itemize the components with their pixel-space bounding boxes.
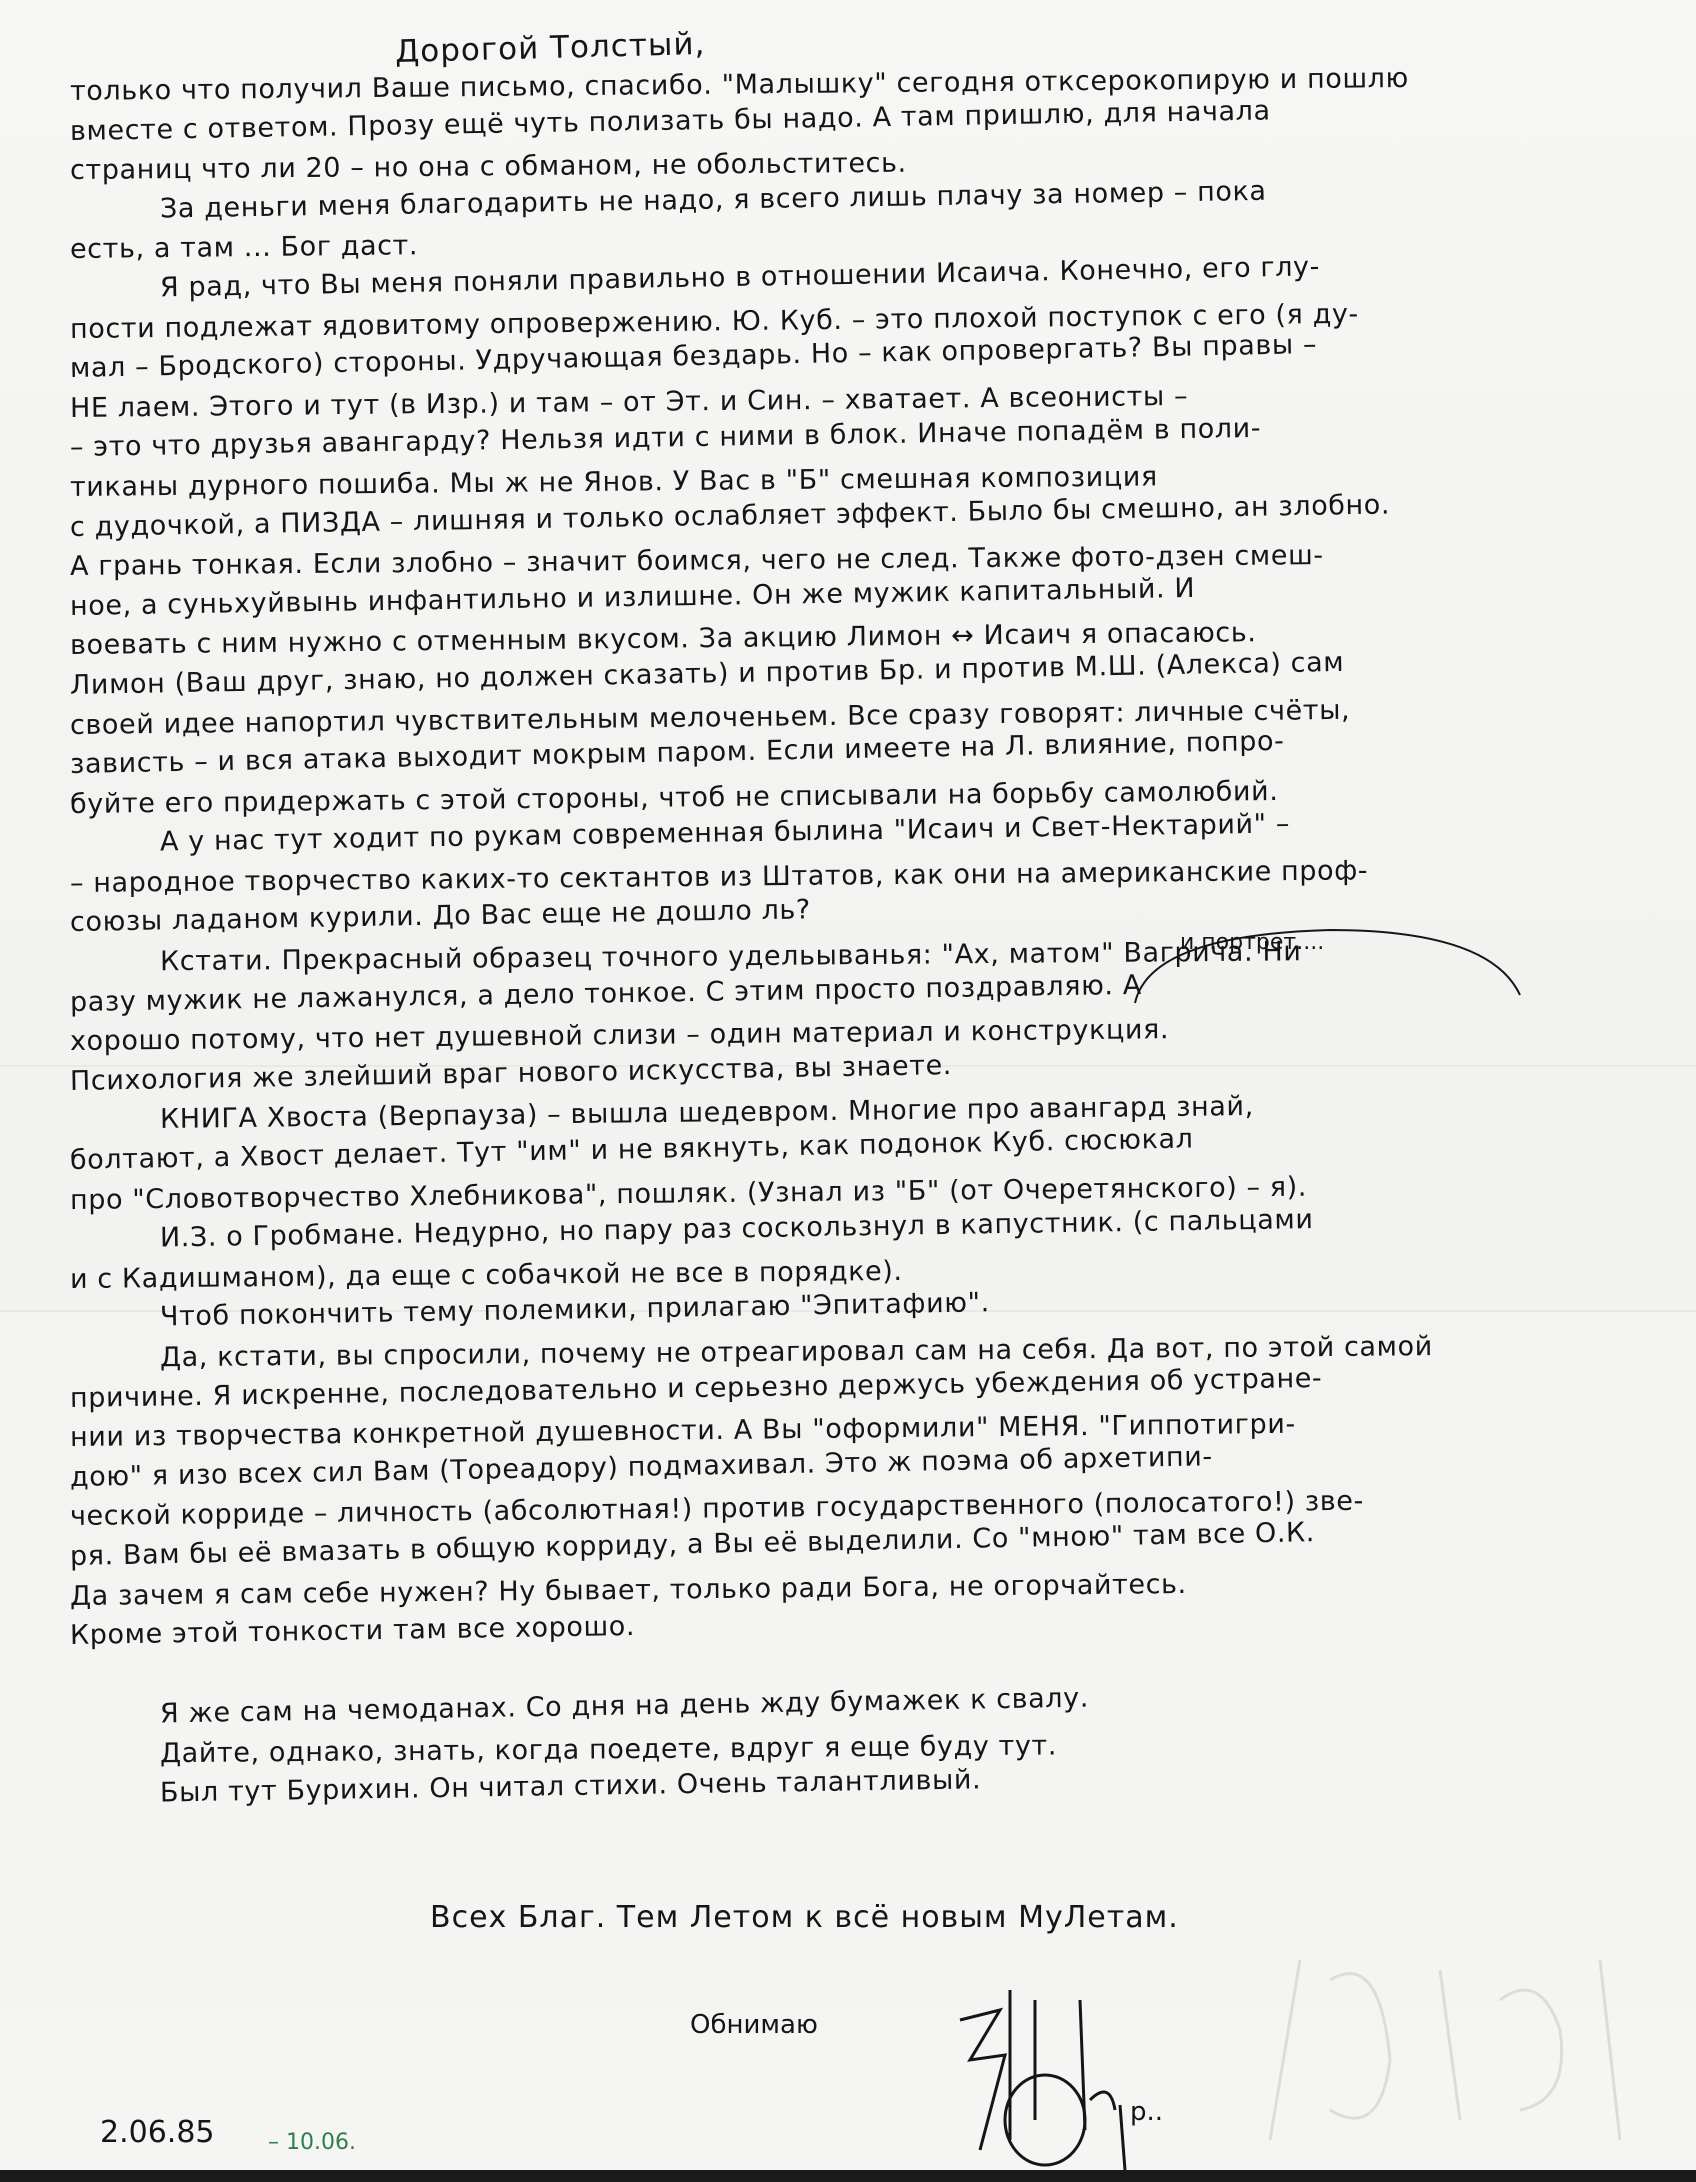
- scan-bottom-edge: [0, 2170, 1696, 2182]
- faint-show-through-signature: [1240, 1940, 1680, 2160]
- sign-off: Обнимаю: [690, 2010, 818, 2040]
- svg-text:р..: р..: [1130, 2097, 1163, 2127]
- received-date: – 10.06.: [268, 2130, 356, 2155]
- margin-note: и портрет....: [1180, 930, 1324, 955]
- letter-date: 2.06.85: [100, 2115, 215, 2150]
- closing-line: Всех Благ. Тем Летом к всё новым МуЛетам…: [430, 1900, 1179, 1935]
- handwritten-signature: р..: [940, 1970, 1280, 2170]
